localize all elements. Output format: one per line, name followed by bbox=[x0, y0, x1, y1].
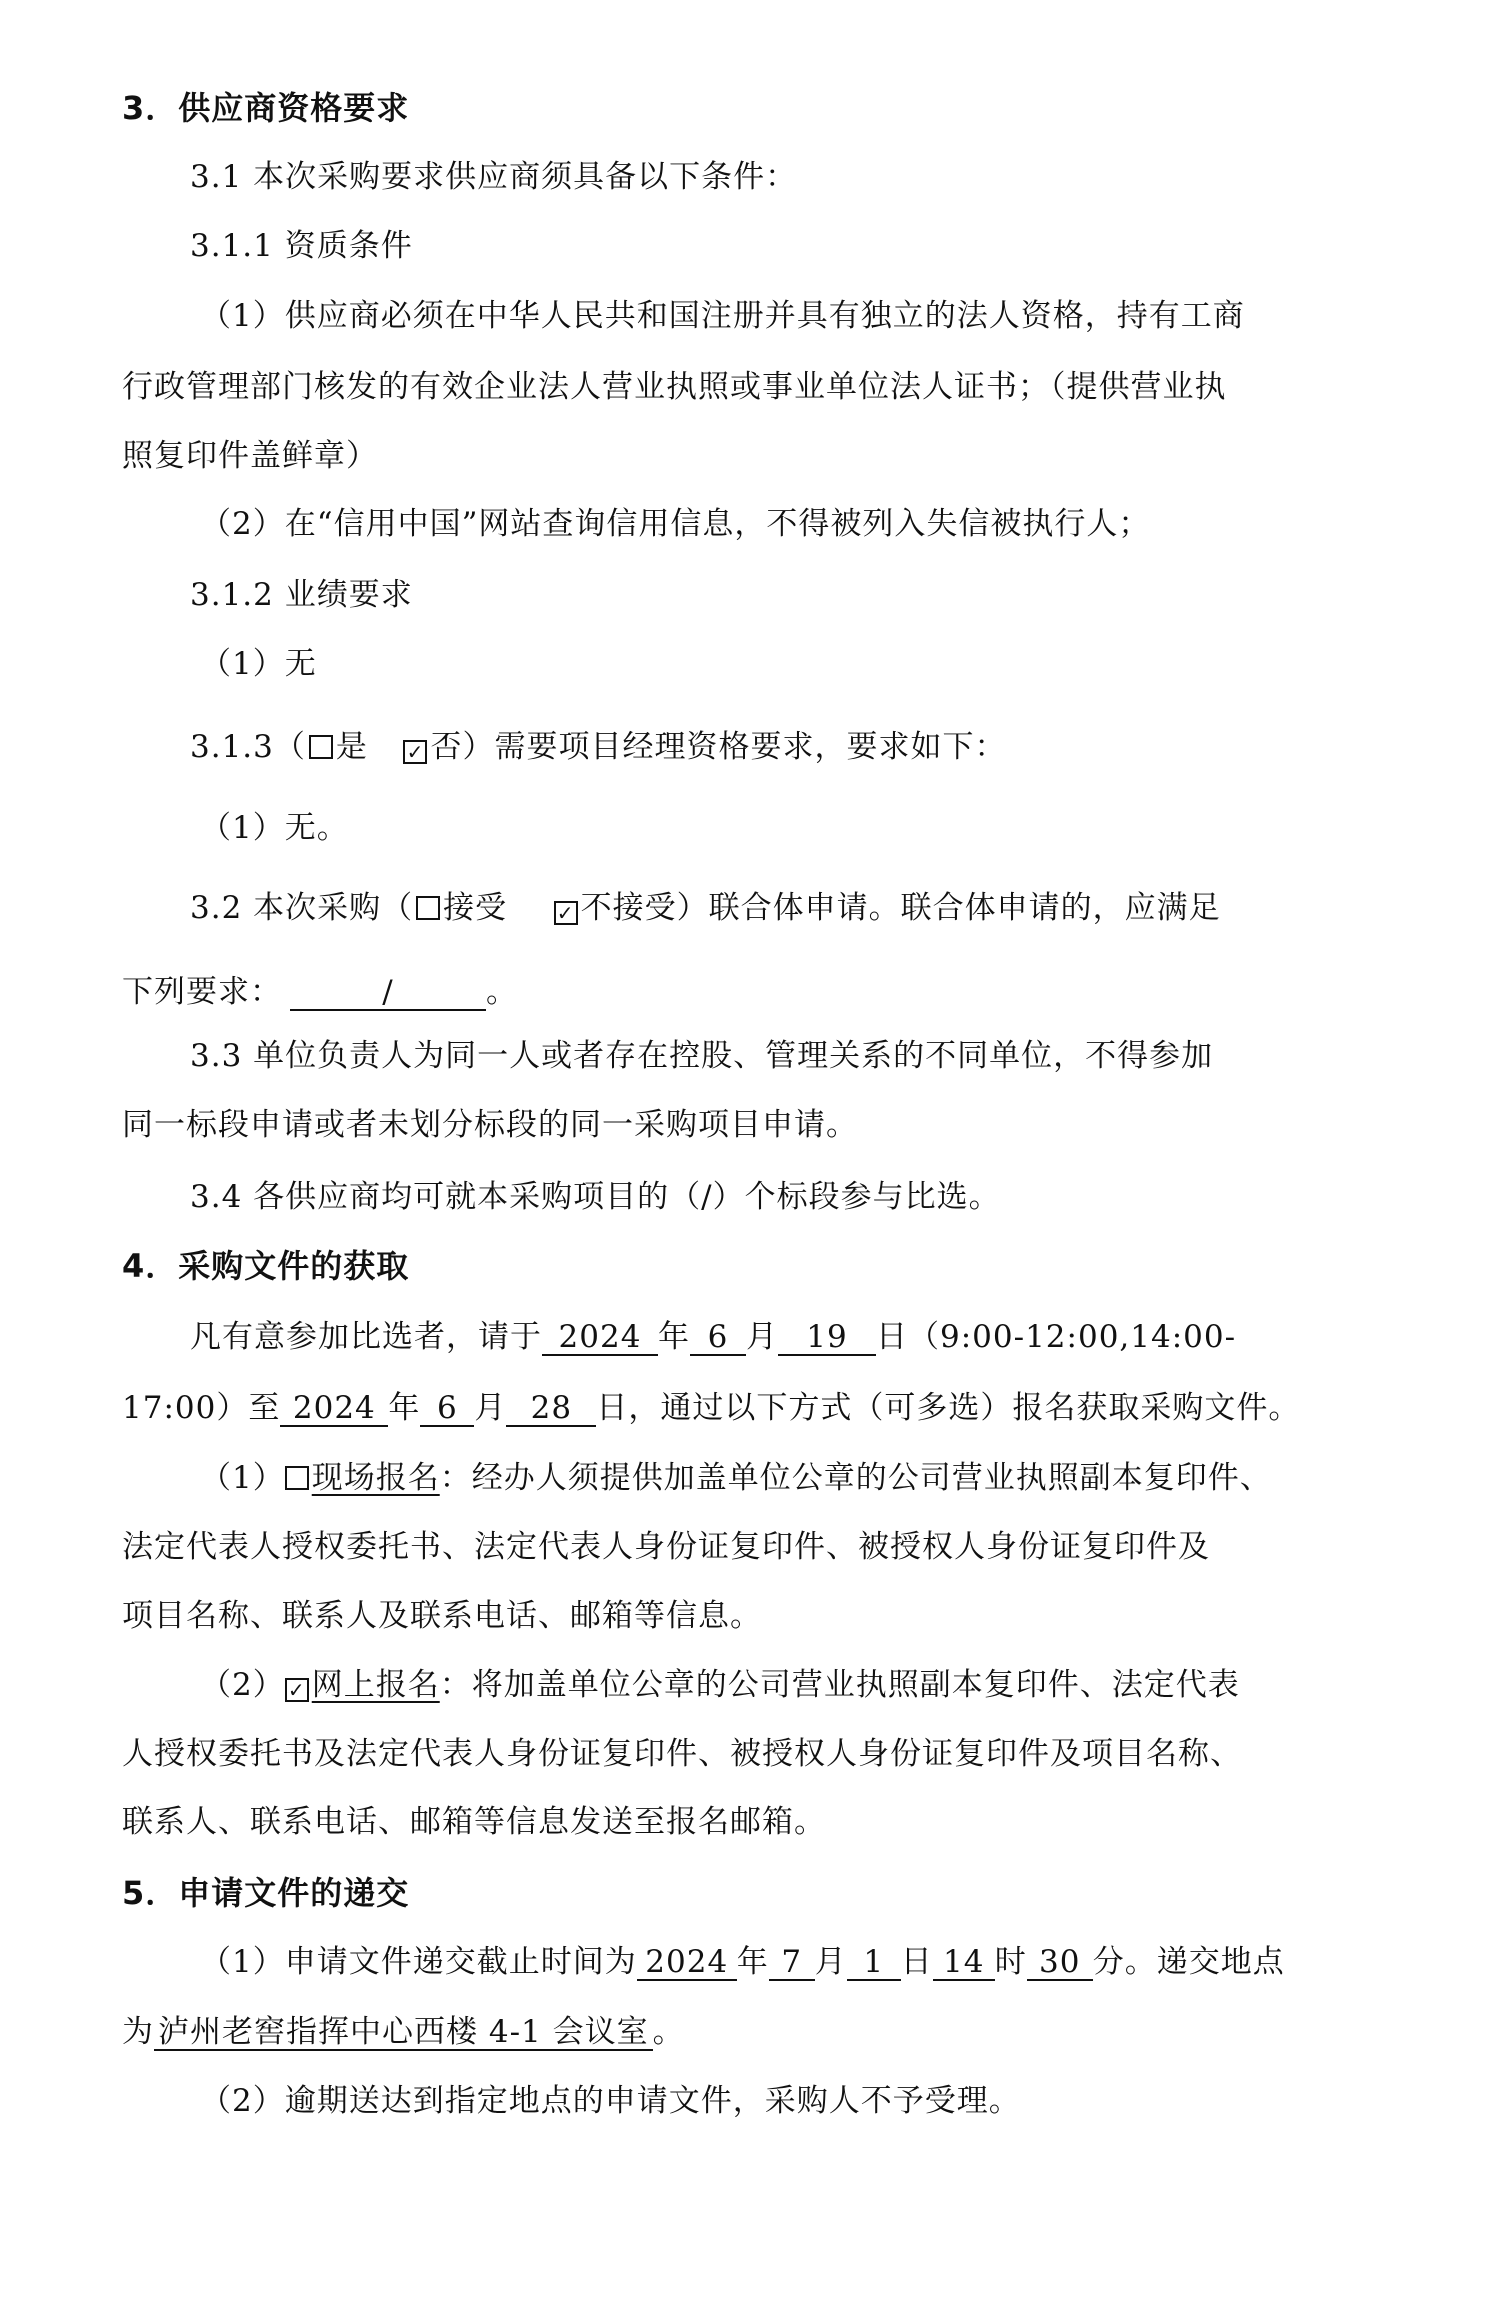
pm-item-1: （1）无。 bbox=[200, 808, 349, 848]
checkbox-onsite[interactable] bbox=[285, 1466, 309, 1490]
end-year: 2024 bbox=[280, 1391, 388, 1427]
section-4-heading: 4．采购文件的获取 bbox=[122, 1246, 409, 1286]
text: 。 bbox=[653, 2014, 685, 2050]
checkbox-yes[interactable] bbox=[309, 735, 333, 759]
text: 月 bbox=[474, 1390, 506, 1426]
online-registration-line2: 人授权委托书及法定代表人身份证复印件、被授权人身份证复印件及项目名称、 bbox=[122, 1734, 1242, 1774]
online-registration-line1: （2）✓网上报名：将加盖单位公章的公司营业执照副本复印件、法定代表 bbox=[200, 1665, 1240, 1705]
checkbox-yes-label: 是 bbox=[336, 729, 368, 765]
submission-location: 泸州老窖指挥中心西楼 4-1 会议室 bbox=[154, 2015, 653, 2051]
clause-3-2-line1: 3.2 本次采购（接受 ✓不接受）联合体申请。联合体申请的，应满足 bbox=[190, 888, 1221, 928]
acquisition-period-line1: 凡有意参加比选者，请于2024年6月19日（9:00-12:00,14:00- bbox=[190, 1317, 1236, 1357]
checkbox-accept[interactable] bbox=[416, 896, 440, 920]
qualification-item-2: （2）在“信用中国”网站查询信用信息，不得被列入失信被执行人； bbox=[200, 504, 1150, 544]
qualification-item-1-line2: 行政管理部门核发的有效企业法人营业执照或事业单位法人证书；（提供营业执 bbox=[122, 367, 1227, 407]
text: 年 bbox=[388, 1390, 420, 1426]
checkbox-accept-label: 接受 bbox=[443, 890, 507, 926]
item-number: （2） bbox=[200, 1667, 285, 1703]
checkbox-reject-label: 不接受 bbox=[581, 890, 677, 926]
text: 月 bbox=[746, 1319, 778, 1355]
deadline-minute: 30 bbox=[1027, 1945, 1093, 1981]
checkbox-reject[interactable]: ✓ bbox=[554, 901, 578, 925]
section-3-heading: 3．供应商资格要求 bbox=[122, 88, 409, 128]
submission-deadline-line1: （1）申请文件递交截止时间为2024年7月1日14时30分。递交地点 bbox=[200, 1942, 1285, 1982]
onsite-registration-line2: 法定代表人授权委托书、法定代表人身份证复印件、被授权人身份证复印件及 bbox=[122, 1527, 1210, 1567]
clause-3-2-line2-prefix: 下列要求： bbox=[122, 974, 282, 1010]
start-day: 19 bbox=[778, 1320, 876, 1356]
text: 为 bbox=[122, 2014, 154, 2050]
clause-3-1-3: 3.1.3（是 ✓否）需要项目经理资格要求，要求如下： bbox=[190, 727, 1006, 767]
text: 年 bbox=[658, 1319, 690, 1355]
clause-3-4: 3.4 各供应商均可就本采购项目的（/）个标段参与比选。 bbox=[190, 1177, 1001, 1217]
start-year: 2024 bbox=[542, 1320, 658, 1356]
deadline-hour: 14 bbox=[933, 1945, 995, 1981]
text: 日 bbox=[901, 1944, 933, 1980]
submission-location-line: 为泸州老窖指挥中心西楼 4-1 会议室。 bbox=[122, 2012, 685, 2052]
end-day: 28 bbox=[506, 1391, 596, 1427]
text: 年 bbox=[737, 1944, 769, 1980]
checkbox-online[interactable]: ✓ bbox=[285, 1678, 309, 1702]
text: 分。递交地点 bbox=[1093, 1944, 1285, 1980]
text: ：将加盖单位公章的公司营业执照副本复印件、法定代表 bbox=[440, 1667, 1240, 1703]
end-month: 6 bbox=[420, 1391, 474, 1427]
checkbox-no-label: 否 bbox=[430, 729, 462, 765]
text: 时 bbox=[995, 1944, 1027, 1980]
clause-3-2-prefix: 3.2 本次采购（ bbox=[190, 890, 413, 926]
clause-3-1-3-prefix: 3.1.3（ bbox=[190, 729, 306, 765]
text: 日，通过以下方式（可多选）报名获取采购文件。 bbox=[596, 1390, 1300, 1426]
onsite-registration-option[interactable]: 现场报名 bbox=[285, 1460, 440, 1496]
text: 17:00）至 bbox=[122, 1390, 280, 1426]
text: （1）申请文件递交截止时间为 bbox=[200, 1944, 637, 1980]
clause-3-1-3-suffix: ）需要项目经理资格要求，要求如下： bbox=[462, 729, 1006, 765]
clause-3-2-line2-suffix: 。 bbox=[486, 974, 518, 1010]
deadline-year: 2024 bbox=[637, 1945, 737, 1981]
clause-3-1-1: 3.1.1 资质条件 bbox=[190, 226, 413, 266]
performance-item-1: （1）无 bbox=[200, 644, 317, 684]
qualification-item-1-line1: （1）供应商必须在中华人民共和国注册并具有独立的法人资格，持有工商 bbox=[200, 296, 1245, 336]
online-registration-line3: 联系人、联系电话、邮箱等信息发送至报名邮箱。 bbox=[122, 1802, 826, 1842]
qualification-item-1-line3: 照复印件盖鲜章） bbox=[122, 436, 378, 476]
start-month: 6 bbox=[690, 1320, 746, 1356]
onsite-label: 现场报名 bbox=[312, 1460, 440, 1496]
clause-3-3-line1: 3.3 单位负责人为同一人或者存在控股、管理关系的不同单位，不得参加 bbox=[190, 1036, 1213, 1076]
item-number: （1） bbox=[200, 1460, 285, 1496]
text: 日（9:00-12:00,14:00- bbox=[876, 1319, 1236, 1355]
clause-3-1: 3.1 本次采购要求供应商须具备以下条件： bbox=[190, 157, 797, 197]
onsite-registration-line3: 项目名称、联系人及联系电话、邮箱等信息。 bbox=[122, 1596, 762, 1636]
late-submission-note: （2）逾期送达到指定地点的申请文件，采购人不予受理。 bbox=[200, 2081, 1021, 2121]
clause-3-2-suffix: ）联合体申请。联合体申请的，应满足 bbox=[677, 890, 1221, 926]
section-5-heading: 5．申请文件的递交 bbox=[122, 1873, 409, 1913]
joint-requirement-blank: / bbox=[290, 975, 486, 1011]
acquisition-period-line2: 17:00）至2024年6月28日，通过以下方式（可多选）报名获取采购文件。 bbox=[122, 1388, 1300, 1428]
deadline-day: 1 bbox=[847, 1945, 901, 1981]
deadline-month: 7 bbox=[769, 1945, 815, 1981]
checkbox-no[interactable]: ✓ bbox=[403, 740, 427, 764]
online-registration-option[interactable]: ✓网上报名 bbox=[285, 1667, 440, 1703]
clause-3-3-line2: 同一标段申请或者未划分标段的同一采购项目申请。 bbox=[122, 1105, 858, 1145]
online-label: 网上报名 bbox=[312, 1667, 440, 1703]
onsite-registration-line1: （1）现场报名：经办人须提供加盖单位公章的公司营业执照副本复印件、 bbox=[200, 1458, 1272, 1498]
text: 凡有意参加比选者，请于 bbox=[190, 1319, 542, 1355]
text: ：经办人须提供加盖单位公章的公司营业执照副本复印件、 bbox=[440, 1460, 1272, 1496]
clause-3-2-line2: 下列要求：/。 bbox=[122, 972, 518, 1012]
clause-3-1-2: 3.1.2 业绩要求 bbox=[190, 575, 413, 615]
text: 月 bbox=[815, 1944, 847, 1980]
